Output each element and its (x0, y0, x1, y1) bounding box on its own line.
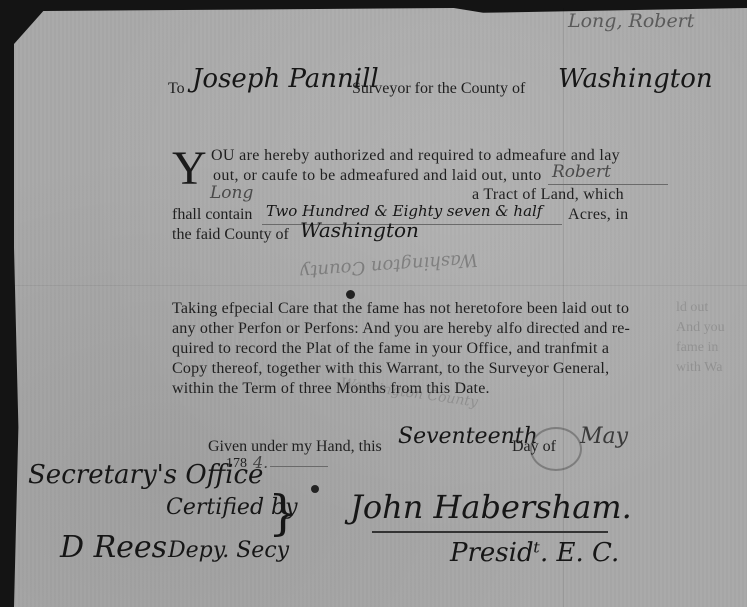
signature-title: Presidᵗ. E. C. (450, 538, 619, 568)
certification-brace: } (268, 485, 299, 541)
body1-line2: out, or caufe to be admeafured and laid … (213, 167, 542, 185)
bleed-through-2: And you (676, 320, 725, 336)
signature-name: John Habersham. (350, 488, 632, 526)
bleed-through-3: fame in (676, 340, 718, 356)
county-repeat: Washington (300, 218, 419, 242)
body2-line4: Copy thereof, together with this Warrant… (172, 360, 609, 378)
body1-line4-b: Acres, in (568, 206, 628, 224)
to-label: To (168, 80, 185, 98)
certification-office: Secretary's Office (28, 460, 263, 490)
certification-title: Depy. Secy (168, 538, 289, 563)
body2-line1: Taking efpecial Care that the fame has n… (172, 300, 629, 318)
county-name: Washington (558, 64, 713, 94)
surveyor-name: Joseph Pannill (192, 64, 379, 94)
grantee-last-name: Long (210, 183, 253, 203)
ink-blot (346, 290, 355, 299)
drop-cap: Y (172, 145, 207, 193)
year-rule (270, 466, 328, 467)
fold-line-horizontal (14, 285, 747, 286)
given-month: May (580, 424, 628, 449)
ink-blot-2 (311, 485, 319, 493)
body2-line3: quired to record the Plat of the fame in… (172, 340, 609, 358)
given-text-a: Given under my Hand, this (208, 438, 382, 456)
bleed-through-4: with Wa (676, 360, 722, 376)
body2-line2: any other Perfon or Perfons: And you are… (172, 320, 630, 338)
bleed-through-1: ld out (676, 300, 708, 316)
certification-signer: D Rees (60, 530, 167, 565)
grantee-first-name: Robert (552, 162, 611, 182)
body2-line5: within the Term of three Months from thi… (172, 380, 490, 398)
body1-line5: the faid County of (172, 226, 289, 244)
body1-line4-a: fhall contain (172, 206, 252, 224)
signature-rule (372, 531, 608, 533)
surveyor-text: Surveyor for the County of (352, 80, 525, 98)
index-note: Long, Robert (568, 10, 694, 32)
given-text-b: Day of (512, 438, 556, 456)
grantee-rule (548, 184, 668, 185)
